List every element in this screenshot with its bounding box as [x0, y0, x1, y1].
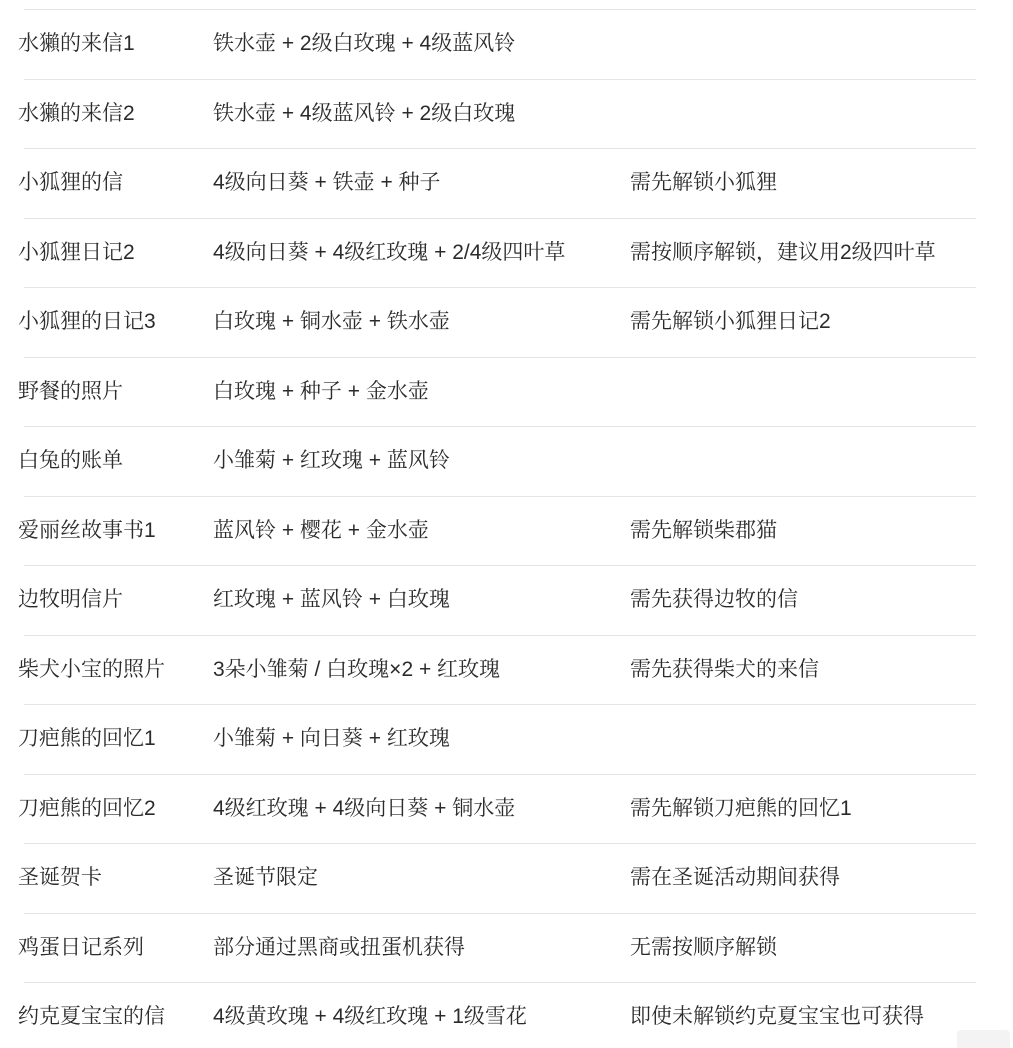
item-name-cell: 小狐狸的信 — [0, 170, 213, 195]
table-row: 刀疤熊的回忆2 4级红玫瑰 + 4级向日葵 + 铜水壶 需先解锁刀疤熊的回忆1 — [0, 774, 1013, 844]
item-name-cell: 小狐狸的日记3 — [0, 309, 213, 334]
recipe-cell: 白玫瑰 + 种子 + 金水壶 — [213, 379, 630, 404]
note-cell: 即使未解锁约克夏宝宝也可获得 — [630, 1004, 1013, 1029]
table-top-spacer — [0, 0, 1013, 9]
table-row: 水獺的来信1 铁水壶 + 2级白玫瑰 + 4级蓝风铃 — [0, 9, 1013, 79]
recipe-cell: 白玫瑰 + 铜水壶 + 铁水壶 — [213, 309, 630, 334]
recipe-cell: 4级向日葵 + 铁壶 + 种子 — [213, 170, 630, 195]
table-row: 白兔的账单 小雏菊 + 红玫瑰 + 蓝风铃 — [0, 426, 1013, 496]
item-name-cell: 水獺的来信2 — [0, 101, 213, 126]
table-row: 爱丽丝故事书1 蓝风铃 + 樱花 + 金水壶 需先解锁柴郡猫 — [0, 496, 1013, 566]
recipe-cell: 4级红玫瑰 + 4级向日葵 + 铜水壶 — [213, 796, 630, 821]
item-name-cell: 白兔的账单 — [0, 448, 213, 473]
recipe-cell: 铁水壶 + 2级白玫瑰 + 4级蓝风铃 — [213, 31, 630, 56]
table-row: 约克夏宝宝的信 4级黄玫瑰 + 4级红玫瑰 + 1级雪花 即使未解锁约克夏宝宝也… — [0, 982, 1013, 1048]
item-name-cell: 刀疤熊的回忆2 — [0, 796, 213, 821]
table-row: 鸡蛋日记系列 部分通过黑商或扭蛋机获得 无需按顺序解锁 — [0, 913, 1013, 983]
item-name-cell: 小狐狸日记2 — [0, 240, 213, 265]
item-name-cell: 鸡蛋日记系列 — [0, 935, 213, 960]
recipe-cell: 铁水壶 + 4级蓝风铃 + 2级白玫瑰 — [213, 101, 630, 126]
recipe-cell: 蓝风铃 + 樱花 + 金水壶 — [213, 518, 630, 543]
item-name-cell: 野餐的照片 — [0, 379, 213, 404]
table-row: 刀疤熊的回忆1 小雏菊 + 向日葵 + 红玫瑰 — [0, 704, 1013, 774]
table-row: 野餐的照片 白玫瑰 + 种子 + 金水壶 — [0, 357, 1013, 427]
table-row: 小狐狸日记2 4级向日葵 + 4级红玫瑰 + 2/4级四叶草 需按顺序解锁，建议… — [0, 218, 1013, 288]
table-row: 边牧明信片 红玫瑰 + 蓝风铃 + 白玫瑰 需先获得边牧的信 — [0, 565, 1013, 635]
recipe-table: 水獺的来信1 铁水壶 + 2级白玫瑰 + 4级蓝风铃 水獺的来信2 铁水壶 + … — [0, 0, 1013, 1048]
note-cell: 需先解锁小狐狸日记2 — [630, 309, 1013, 334]
table-row: 水獺的来信2 铁水壶 + 4级蓝风铃 + 2级白玫瑰 — [0, 79, 1013, 149]
table-row: 小狐狸的信 4级向日葵 + 铁壶 + 种子 需先解锁小狐狸 — [0, 148, 1013, 218]
item-name-cell: 柴犬小宝的照片 — [0, 657, 213, 682]
note-cell: 需按顺序解锁，建议用2级四叶草 — [630, 240, 1013, 265]
recipe-cell: 小雏菊 + 向日葵 + 红玫瑰 — [213, 726, 630, 751]
recipe-cell: 4级黄玫瑰 + 4级红玫瑰 + 1级雪花 — [213, 1004, 630, 1029]
table-row: 柴犬小宝的照片 3朵小雏菊 / 白玫瑰×2 + 红玫瑰 需先获得柴犬的来信 — [0, 635, 1013, 705]
recipe-cell: 部分通过黑商或扭蛋机获得 — [213, 935, 630, 960]
recipe-cell: 圣诞节限定 — [213, 865, 630, 890]
item-name-cell: 刀疤熊的回忆1 — [0, 726, 213, 751]
recipe-cell: 小雏菊 + 红玫瑰 + 蓝风铃 — [213, 448, 630, 473]
item-name-cell: 边牧明信片 — [0, 587, 213, 612]
item-name-cell: 约克夏宝宝的信 — [0, 1004, 213, 1029]
note-cell: 无需按顺序解锁 — [630, 935, 1013, 960]
recipe-cell: 3朵小雏菊 / 白玫瑰×2 + 红玫瑰 — [213, 657, 630, 682]
item-name-cell: 水獺的来信1 — [0, 31, 213, 56]
note-cell: 需先解锁柴郡猫 — [630, 518, 1013, 543]
note-cell: 需在圣诞活动期间获得 — [630, 865, 1013, 890]
item-name-cell: 爱丽丝故事书1 — [0, 518, 213, 543]
note-cell: 需先获得柴犬的来信 — [630, 657, 1013, 682]
corner-overlay — [957, 1030, 1010, 1048]
recipe-cell: 红玫瑰 + 蓝风铃 + 白玫瑰 — [213, 587, 630, 612]
note-cell: 需先获得边牧的信 — [630, 587, 1013, 612]
table-row: 圣诞贺卡 圣诞节限定 需在圣诞活动期间获得 — [0, 843, 1013, 913]
table-row: 小狐狸的日记3 白玫瑰 + 铜水壶 + 铁水壶 需先解锁小狐狸日记2 — [0, 287, 1013, 357]
recipe-cell: 4级向日葵 + 4级红玫瑰 + 2/4级四叶草 — [213, 240, 630, 265]
note-cell: 需先解锁小狐狸 — [630, 170, 1013, 195]
item-name-cell: 圣诞贺卡 — [0, 865, 213, 890]
note-cell: 需先解锁刀疤熊的回忆1 — [630, 796, 1013, 821]
